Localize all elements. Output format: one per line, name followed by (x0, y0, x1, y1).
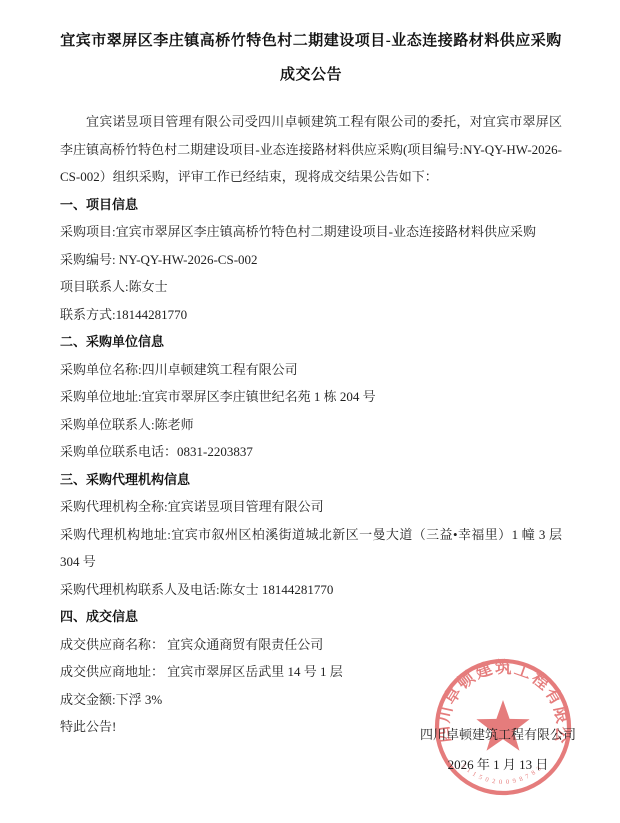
info-line: 项目联系人:陈女士 (60, 273, 562, 301)
section-heading: 三、采购代理机构信息 (60, 466, 562, 494)
info-line: 采购单位名称:四川卓顿建筑工程有限公司 (60, 356, 562, 384)
document-title: 宜宾市翠屏区李庄镇高桥竹特色村二期建设项目-业态连接路材料供应采购 (40, 24, 582, 58)
info-line: 成交金额:下浮 3% (60, 686, 562, 714)
document-subtitle: 成交公告 (40, 58, 582, 92)
info-line: 采购项目:宜宾市翠屏区李庄镇高桥竹特色村二期建设项目-业态连接路材料供应采购 (60, 218, 562, 246)
section-award-info: 四、成交信息 成交供应商名称： 宜宾众通商贸有限责任公司 成交供应商地址： 宜宾… (60, 603, 562, 713)
info-line: 采购单位联系人:陈老师 (60, 411, 562, 439)
info-line: 联系方式:18144281770 (60, 301, 562, 329)
info-line: 采购代理机构联系人及电话:陈女士 18144281770 (60, 576, 562, 604)
section-heading: 一、项目信息 (60, 191, 562, 219)
signature-company: 四川卓顿建筑工程有限公司 (412, 720, 584, 750)
info-line: 采购单位地址:宜宾市翠屏区李庄镇世纪名苑 1 栋 204 号 (60, 383, 562, 411)
info-line: 采购代理机构地址:宜宾市叙州区柏溪街道城北新区一曼大道（三益•幸福里）1 幢 3… (60, 521, 562, 576)
info-line: 采购编号: NY-QY-HW-2026-CS-002 (60, 246, 562, 274)
signature-date: 2026 年 1 月 13 日 (412, 750, 584, 780)
section-purchaser-info: 二、采购单位信息 采购单位名称:四川卓顿建筑工程有限公司 采购单位地址:宜宾市翠… (60, 328, 562, 466)
document-page: 宜宾市翠屏区李庄镇高桥竹特色村二期建设项目-业态连接路材料供应采购 成交公告 宜… (0, 0, 620, 823)
section-project-info: 一、项目信息 采购项目:宜宾市翠屏区李庄镇高桥竹特色村二期建设项目-业态连接路材… (60, 191, 562, 329)
info-line: 采购单位联系电话：0831-2203837 (60, 438, 562, 466)
signature-block: 四川卓顿建筑工程有限公司 2026 年 1 月 13 日 (412, 720, 584, 780)
intro-paragraph: 宜宾诺昱项目管理有限公司受四川卓顿建筑工程有限公司的委托，对宜宾市翠屏区李庄镇高… (60, 108, 562, 191)
info-line: 成交供应商名称： 宜宾众通商贸有限责任公司 (60, 631, 562, 659)
info-line: 成交供应商地址： 宜宾市翠屏区岳武里 14 号 1 层 (60, 658, 562, 686)
section-heading: 二、采购单位信息 (60, 328, 562, 356)
info-line: 采购代理机构全称:宜宾诺昱项目管理有限公司 (60, 493, 562, 521)
section-agency-info: 三、采购代理机构信息 采购代理机构全称:宜宾诺昱项目管理有限公司 采购代理机构地… (60, 466, 562, 604)
section-heading: 四、成交信息 (60, 603, 562, 631)
